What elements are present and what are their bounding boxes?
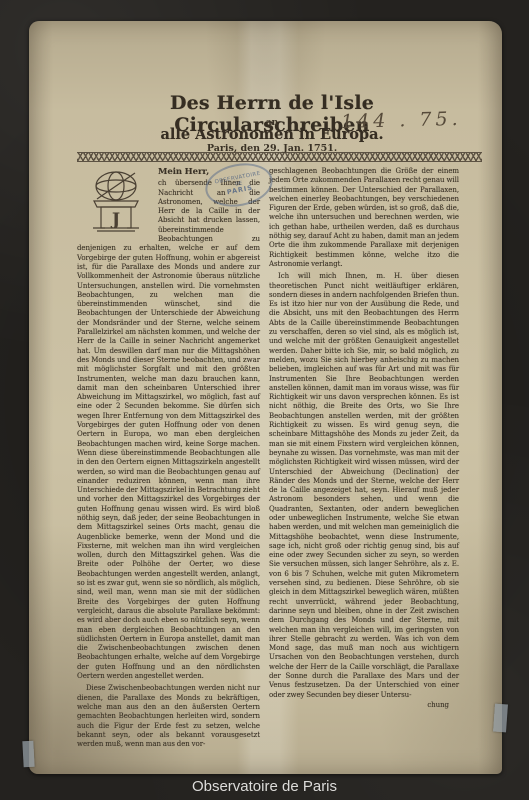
tape-mark-right (493, 704, 508, 733)
body-text: J Mein Herr, ch übersende Ihnen die Nach… (77, 167, 459, 749)
armillary-sphere-initial-icon: J (77, 168, 153, 234)
body-left-column: J Mein Herr, ch übersende Ihnen die Nach… (77, 167, 260, 749)
catchword: chung (269, 701, 459, 710)
page-content: Des Herrn de l'Isle Circularschreiben an… (29, 21, 502, 774)
document-page: Des Herrn de l'Isle Circularschreiben an… (29, 21, 502, 774)
paragraph: Diese Zwischenbeobachtungen werden nicht… (77, 684, 260, 749)
paragraph: J Mein Herr, ch übersende Ihnen die Nach… (77, 167, 260, 681)
drop-cap-letter: J (110, 210, 120, 230)
paragraph-text: ch übersende Ihnen die Nachricht an die … (77, 179, 260, 680)
body-right-column: geschlagenen Beobachtungen die Größe der… (269, 167, 459, 749)
archive-number-handwritten: 144 . 75. (341, 107, 492, 133)
stamp-line: PARIS (226, 185, 253, 197)
caption-observatoire: Observatoire de Paris (0, 778, 529, 795)
tape-mark-left (22, 741, 34, 768)
paragraph: geschlagenen Beobachtungen die Größe der… (269, 167, 459, 269)
paragraph: Ich will mich Ihnen, m. H. über diesen t… (269, 272, 459, 700)
braided-ornamental-rule (77, 152, 482, 162)
